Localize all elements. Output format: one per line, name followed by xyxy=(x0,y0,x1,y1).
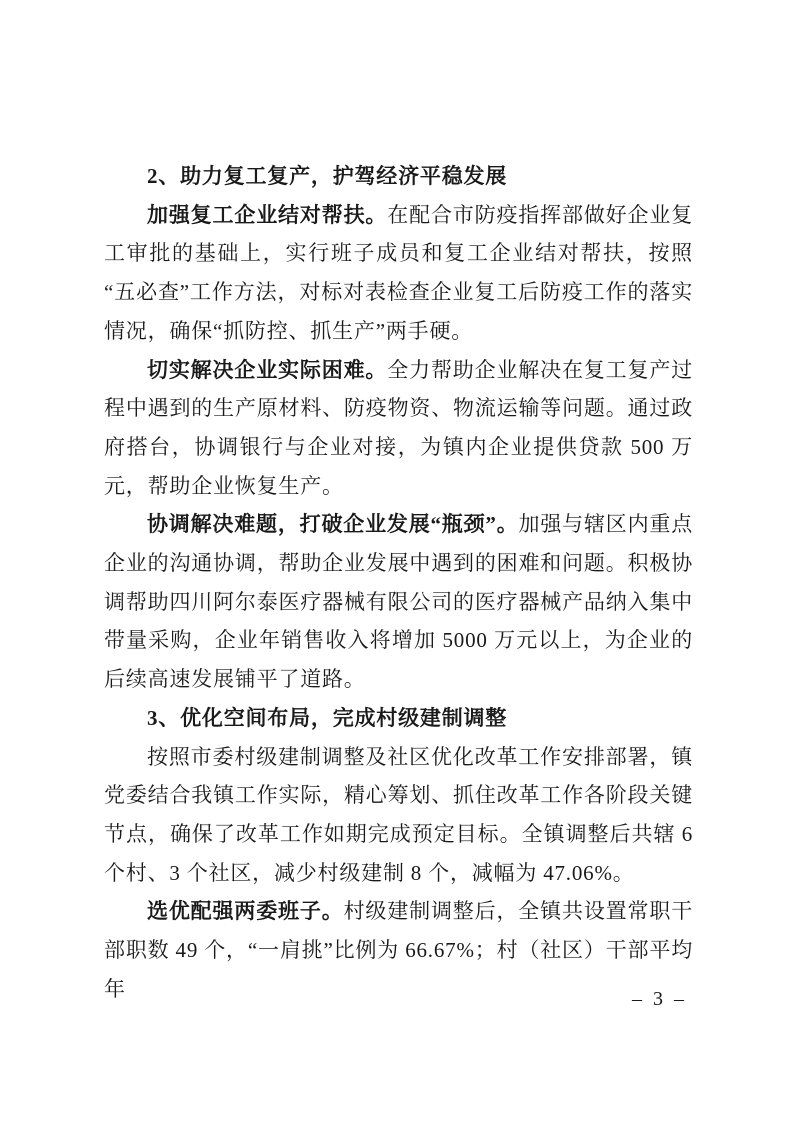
paragraph-lead-break-bottleneck: 协调解决难题，打破企业发展“瓶颈”。 xyxy=(147,512,519,536)
paragraph-enterprise-pairing: 加强复工企业结对帮扶。在配合市防疫指挥部做好企业复工审批的基础上，实行班子成员和… xyxy=(104,196,693,351)
paragraph-body-village-adjustment: 按照市委村级建制调整及社区优化改革工作安排部署，镇党委结合我镇工作实际，精心筹划… xyxy=(104,745,693,885)
paragraph-lead-committee-team: 选优配强两委班子。 xyxy=(147,899,344,923)
paragraph-lead-enterprise-pairing: 加强复工企业结对帮扶。 xyxy=(147,203,387,227)
paragraph-solve-difficulties: 切实解决企业实际困难。全力帮助企业解决在复工复产过程中遇到的生产原材料、防疫物资… xyxy=(104,351,693,506)
paragraph-lead-solve-difficulties: 切实解决企业实际困难。 xyxy=(147,358,387,382)
paragraph-body-break-bottleneck: 加强与辖区内重点企业的沟通协调，帮助企业发展中遇到的困难和问题。积极协调帮助四川… xyxy=(104,512,693,691)
page-number: – 3 – xyxy=(632,988,687,1011)
document-page: 2、助力复工复产，护驾经济平稳发展 加强复工企业结对帮扶。在配合市防疫指挥部做好… xyxy=(0,0,793,1122)
paragraph-break-bottleneck: 协调解决难题，打破企业发展“瓶颈”。加强与辖区内重点企业的沟通协调，帮助企业发展… xyxy=(104,505,693,699)
section-heading-3: 3、优化空间布局，完成村级建制调整 xyxy=(104,699,693,738)
section-heading-2: 2、助力复工复产，护驾经济平稳发展 xyxy=(104,157,693,196)
paragraph-committee-team: 选优配强两委班子。村级建制调整后，全镇共设置常职干部职数 49 个，“一肩挑”比… xyxy=(104,892,693,1008)
document-content: 2、助力复工复产，护驾经济平稳发展 加强复工企业结对帮扶。在配合市防疫指挥部做好… xyxy=(104,157,693,1008)
paragraph-village-adjustment: 按照市委村级建制调整及社区优化改革工作安排部署，镇党委结合我镇工作实际，精心筹划… xyxy=(104,738,693,893)
